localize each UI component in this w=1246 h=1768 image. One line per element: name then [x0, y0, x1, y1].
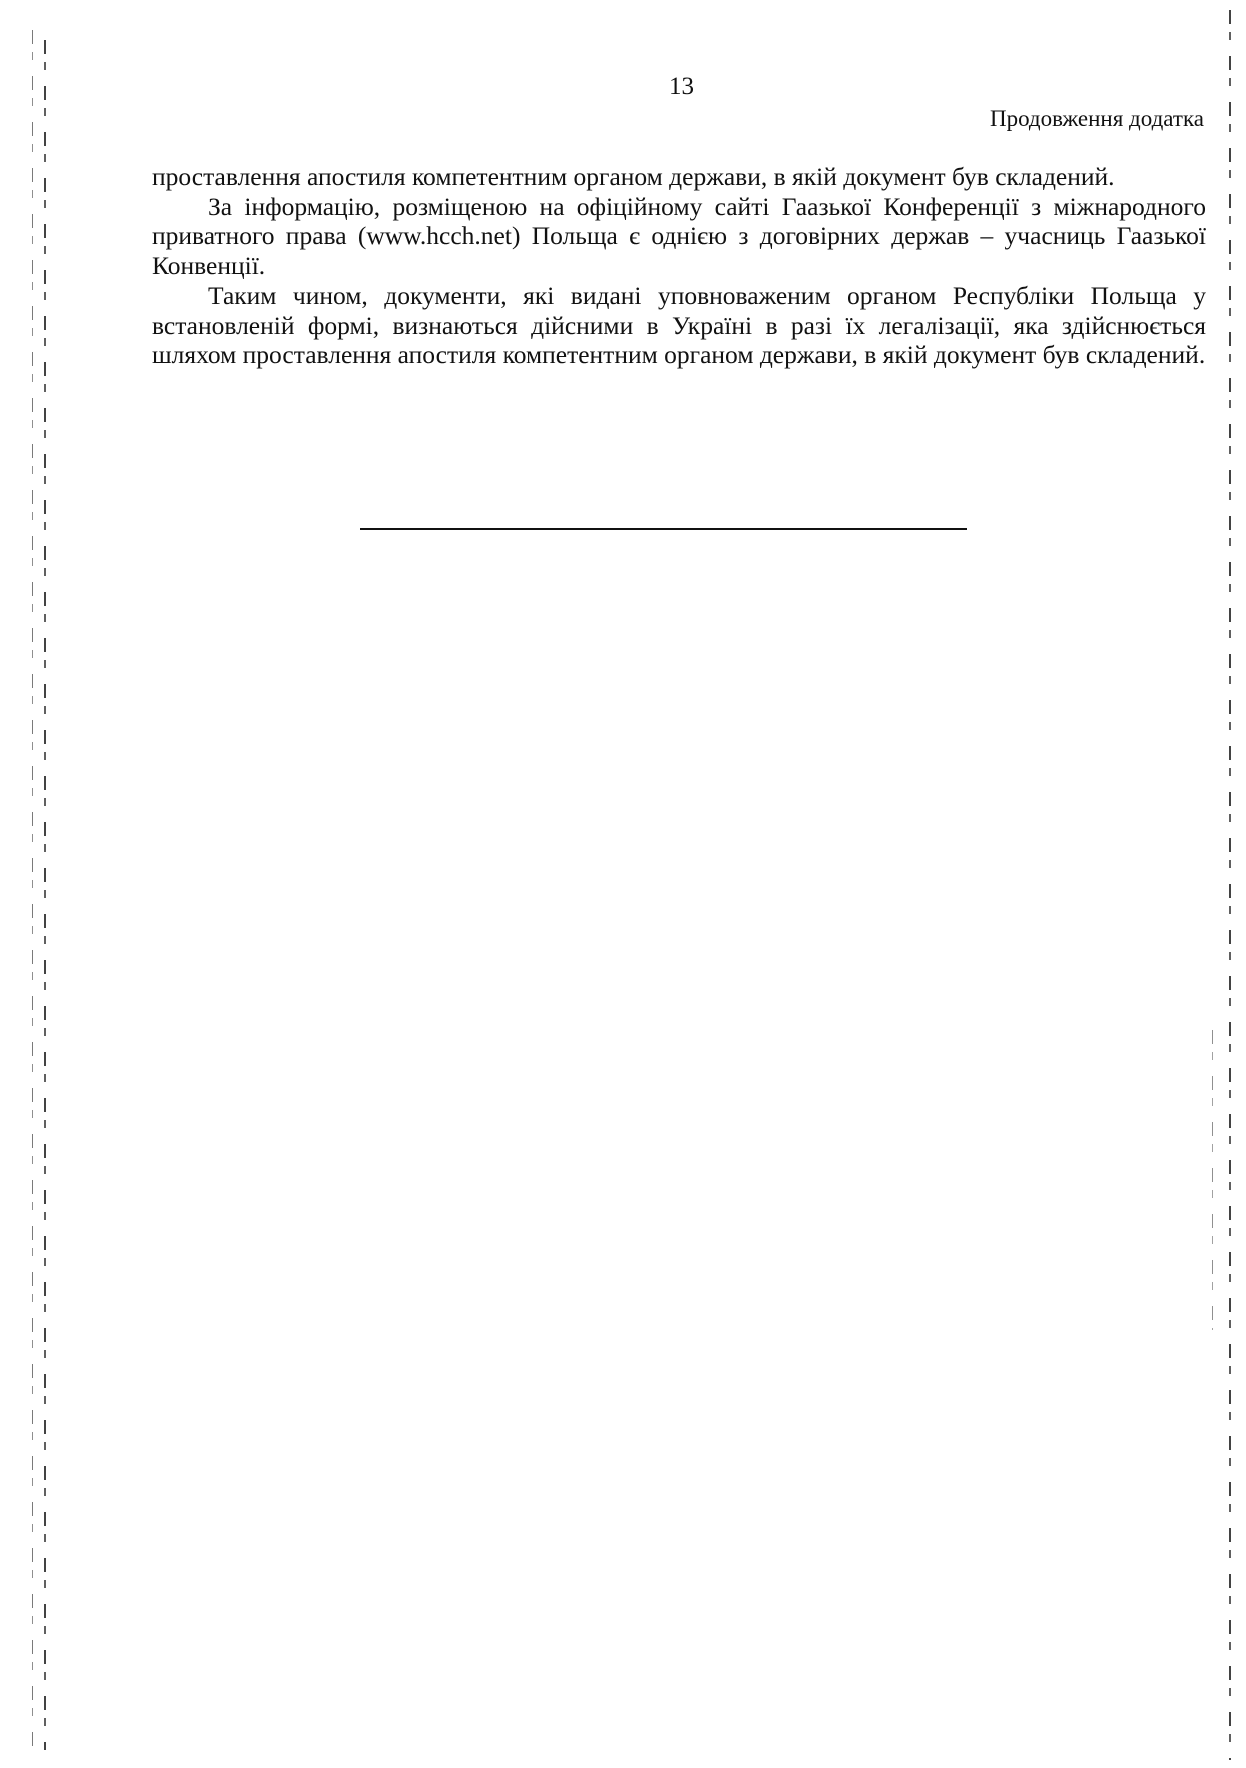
- running-header: Продовження додатка: [990, 104, 1204, 134]
- paragraph-continuation: проставлення апостиля компетентним орган…: [152, 162, 1206, 192]
- scan-artifact-left: [32, 30, 33, 1750]
- paragraph-hague-conference: За інформацію, розміщеною на офіційному …: [152, 192, 1206, 281]
- end-separator-rule: [360, 528, 967, 530]
- paragraph-conclusion: Таким чином, документи, які видані уповн…: [152, 281, 1206, 370]
- scan-artifact-left: [44, 40, 46, 1750]
- page-number: 13: [0, 72, 1246, 102]
- scan-artifact-right: [1212, 1030, 1213, 1330]
- body-text: проставлення апостиля компетентним орган…: [152, 162, 1206, 370]
- scan-artifact-right: [1229, 10, 1231, 1760]
